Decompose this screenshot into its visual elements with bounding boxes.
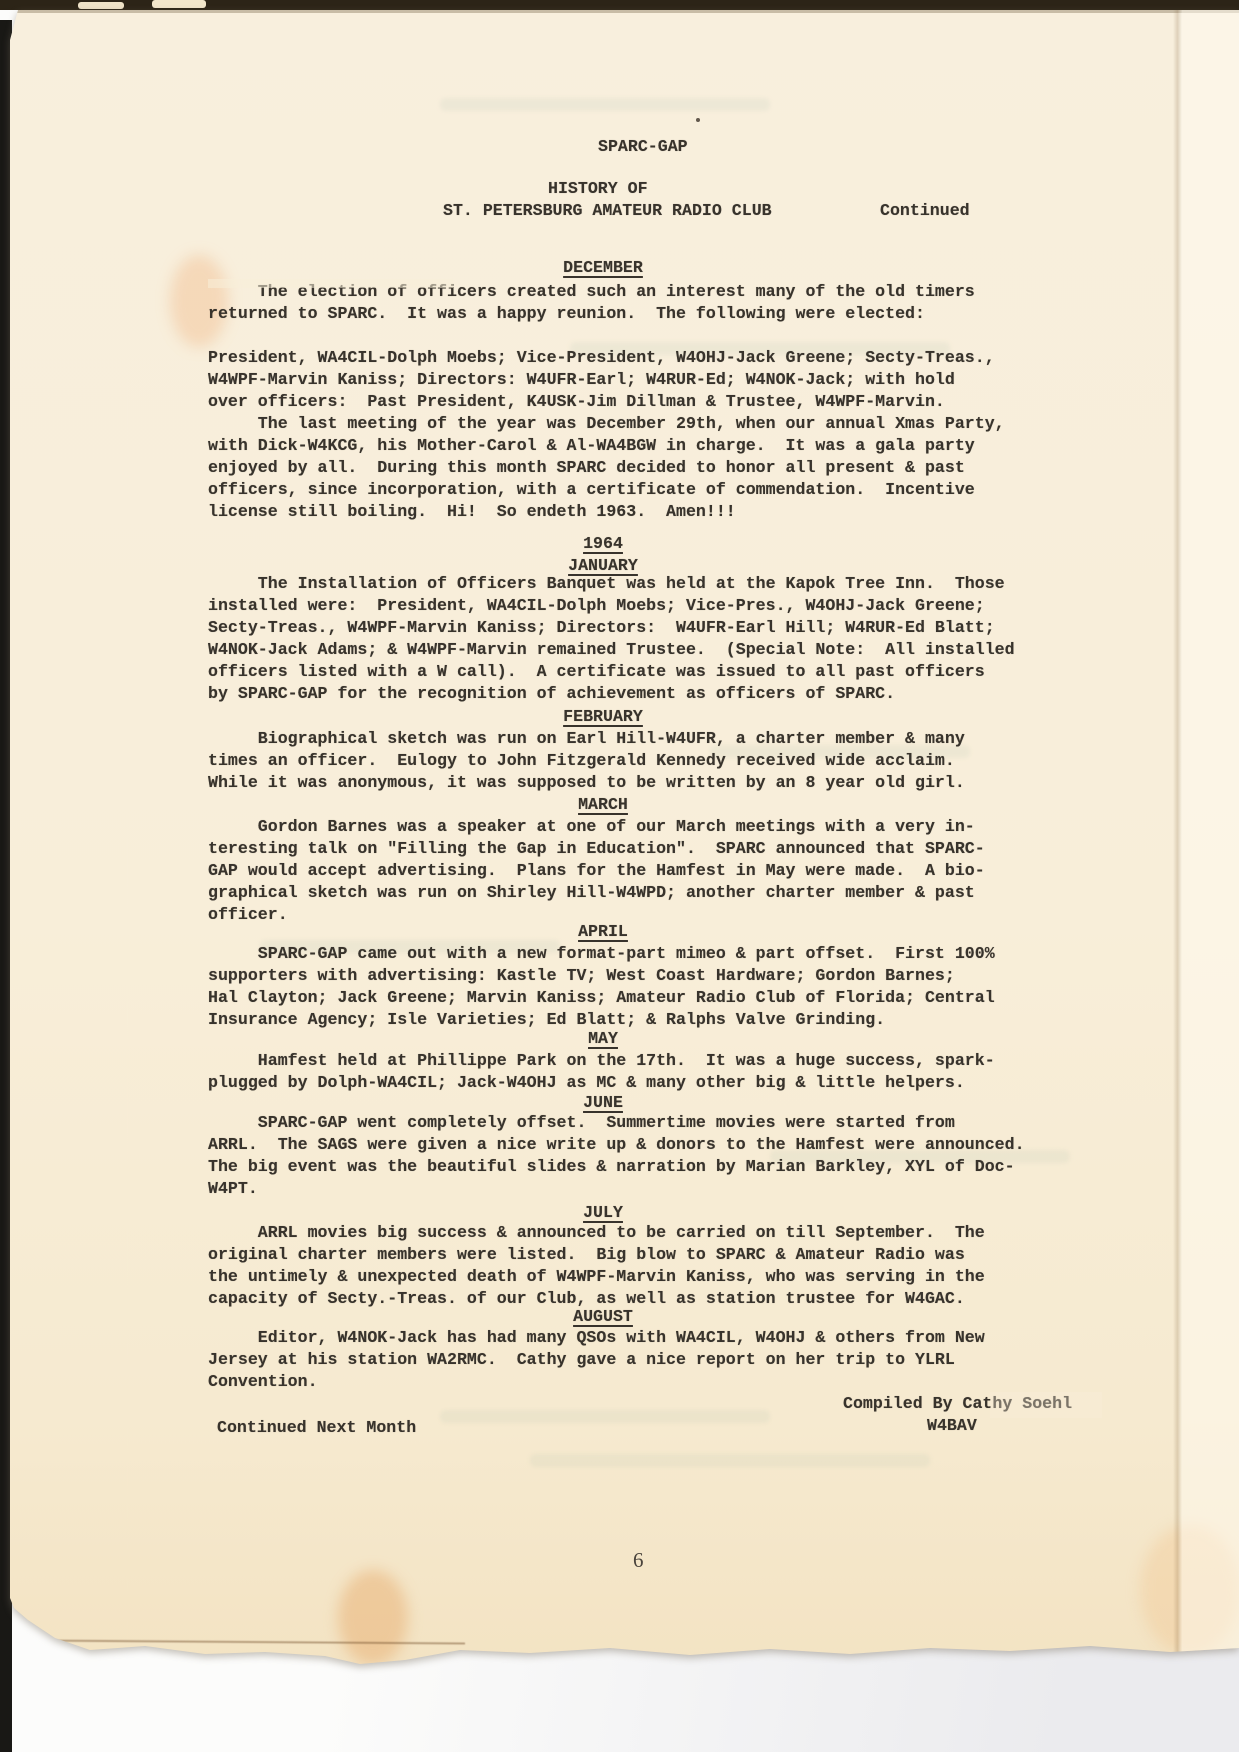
section-body-june: SPARC-GAP went completely offset. Summer… [208, 1112, 1025, 1200]
bleed-through-smudge [440, 1410, 770, 1423]
page-wrapper: SPARC-GAP HISTORY OF ST. PETERSBURG AMAT… [10, 10, 1239, 1665]
continued-next-month: Continued Next Month [217, 1417, 416, 1439]
section-heading-june: JUNE [208, 1092, 998, 1114]
print-defect-overlay [208, 279, 453, 288]
newsletter-masthead: SPARC-GAP [598, 136, 688, 158]
document-page: SPARC-GAP HISTORY OF ST. PETERSBURG AMAT… [10, 10, 1239, 1665]
ink-speck [696, 118, 700, 122]
section-body-april: SPARC-GAP came out with a new format-par… [208, 943, 995, 1031]
section-body-january: The Installation of Officers Banquet was… [208, 573, 1015, 705]
section-body-may: Hamfest held at Phillippe Park on the 17… [208, 1050, 995, 1094]
page-edge-strip [1182, 10, 1239, 1655]
section-heading-february: FEBRUARY [208, 706, 998, 728]
scanned-page-background: { "header": { "masthead": "SPARC-GAP", "… [0, 0, 1239, 1752]
section-heading-december: DECEMBER [208, 257, 998, 279]
bleed-through-smudge [440, 98, 770, 111]
page-number: 6 [633, 1548, 644, 1573]
section-heading-march: MARCH [208, 794, 998, 816]
year-heading-1964: 1964 [208, 533, 998, 555]
section-heading-may: MAY [208, 1028, 998, 1050]
section-body-august: Editor, W4NOK-Jack has had many QSOs wit… [208, 1327, 985, 1393]
doc-title-line2: ST. PETERSBURG AMATEUR RADIO CLUB [443, 200, 772, 222]
compiler-callsign: W4BAV [927, 1415, 977, 1437]
torn-paper-bit [78, 2, 124, 9]
section-heading-july: JULY [208, 1202, 998, 1224]
section-heading-april: APRIL [208, 921, 998, 943]
section-body-december: The election of officers created such an… [208, 281, 1005, 523]
section-body-february: Biographical sketch was run on Earl Hill… [208, 728, 965, 794]
section-heading-august: AUGUST [208, 1306, 998, 1328]
torn-paper-bit [152, 0, 206, 8]
section-body-july: ARRL movies big success & announced to b… [208, 1222, 985, 1310]
print-defect-overlay [990, 1392, 1102, 1418]
doc-title-line1: HISTORY OF [548, 178, 648, 200]
section-body-march: Gordon Barnes was a speaker at one of ou… [208, 816, 985, 926]
paper-stain [338, 1570, 408, 1665]
continued-note: Continued [880, 200, 970, 222]
bleed-through-smudge [530, 1454, 930, 1467]
page-fold-crease [1173, 10, 1182, 1655]
